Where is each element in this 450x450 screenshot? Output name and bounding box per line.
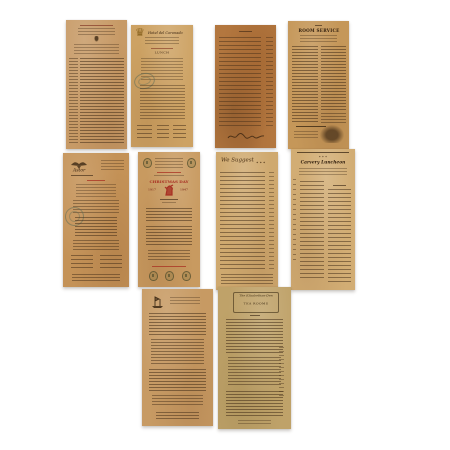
top-band-rule xyxy=(297,152,349,153)
list-header-rule xyxy=(239,31,252,32)
menu-sheet-astor: Astor xyxy=(63,153,129,287)
menu-block-lower xyxy=(226,391,283,417)
location-line xyxy=(154,175,184,177)
top-ornament-rule xyxy=(315,25,322,26)
carvery-title: Carvery Luncheon xyxy=(301,159,346,165)
left-menu-column xyxy=(292,46,318,122)
right-column-header-rule xyxy=(333,185,346,186)
intro-text-lines xyxy=(74,44,119,55)
menu-sheet-carvery: ✶ ✶ ✶ Carvery Luncheon xyxy=(291,149,355,290)
crest-icon-left xyxy=(143,158,152,168)
menu-sheet-coronado: ♛ Hotel del Coronado LUNCH xyxy=(131,25,193,147)
year-left: 1917 xyxy=(148,188,156,192)
hotel-name: Hotel del Coronado xyxy=(148,31,183,35)
astor-title: Astor xyxy=(73,168,85,173)
menu-sheet-copper-list xyxy=(215,25,276,148)
menu-block-2 xyxy=(151,339,204,365)
sketch-icon xyxy=(320,125,344,143)
menu-sheet-we-suggest: We Suggest ✶ ✶ ✶ xyxy=(216,152,278,290)
title-stars: ✶ ✶ ✶ xyxy=(256,161,265,165)
we-suggest-title: We Suggest xyxy=(221,157,254,163)
left-menu-column xyxy=(300,181,324,279)
header-rule xyxy=(80,25,113,26)
title-frame: The Elizabethan-Den TEA ROOMS xyxy=(233,292,279,313)
price-col-right xyxy=(100,255,122,271)
crown-icon: ♛ xyxy=(135,26,145,39)
christmas-title: CHRISTMAS DAY xyxy=(149,179,188,184)
room-service-title: ROOM SERVICE xyxy=(298,28,339,33)
footer-paragraph xyxy=(72,274,120,283)
vintage-menu-paper-photo: ♛ Hotel del Coronado LUNCH ROOM SERVICE xyxy=(0,0,450,450)
wine-table-col-1 xyxy=(137,125,152,141)
menu-block-middle xyxy=(228,357,281,387)
ornament-stars: ✶ ✶ ✶ xyxy=(319,155,328,158)
red-accent-line xyxy=(87,180,105,181)
course-block-1 xyxy=(146,208,192,222)
unit-title-lines xyxy=(155,158,183,168)
date-block xyxy=(101,160,124,170)
crest-icon xyxy=(94,36,99,42)
menu-text-lower xyxy=(140,85,185,121)
section-roasts xyxy=(73,240,119,252)
ship-icon xyxy=(150,294,165,309)
signature-script-icon xyxy=(227,131,265,141)
badge-icon-2 xyxy=(165,271,174,281)
footer-lines xyxy=(156,412,199,419)
wine-table-col-3 xyxy=(173,125,186,141)
item-lines xyxy=(219,37,261,129)
footer-paragraph xyxy=(221,274,273,285)
bill-of-fare-line xyxy=(162,202,176,204)
lion-icon xyxy=(164,185,174,196)
menu-sheet-banquet xyxy=(66,20,127,149)
badge-icon-1 xyxy=(149,271,158,281)
year-right: 1947 xyxy=(180,188,188,192)
astor-underline xyxy=(71,175,93,176)
header-text-lines xyxy=(78,28,115,35)
course-block-2 xyxy=(146,226,192,246)
title-script-lines xyxy=(170,297,200,306)
menu-sheet-harbour xyxy=(142,289,213,426)
price-column xyxy=(269,172,274,270)
menu-block-3 xyxy=(149,369,206,391)
tea-rooms-script-title: The Elizabethan-Den xyxy=(239,294,272,298)
right-menu-column xyxy=(321,46,346,110)
footer-lines xyxy=(294,131,318,139)
menu-body-lines xyxy=(80,58,124,144)
menu-sheet-tea-rooms: The Elizabethan-Den TEA ROOMS xyxy=(218,287,291,429)
fare-rule xyxy=(160,199,178,200)
price-col-left xyxy=(71,255,93,271)
menu-block-4 xyxy=(152,395,203,407)
price-column xyxy=(266,37,273,129)
menu-block-1 xyxy=(149,313,206,335)
sub-rule xyxy=(250,315,260,316)
course-label-column xyxy=(69,58,78,144)
right-column-extra xyxy=(321,113,346,123)
section-oysters xyxy=(76,184,116,197)
suggestion-list-lines xyxy=(220,172,265,270)
intro-lines xyxy=(299,168,347,176)
red-footer-line xyxy=(152,266,186,267)
lunch-heading: LUNCH xyxy=(155,51,170,55)
badge-icon-3 xyxy=(182,271,191,281)
crest-icon-right xyxy=(187,158,196,168)
menu-sheet-room-service: ROOM SERVICE xyxy=(288,21,349,149)
menu-block-upper xyxy=(226,319,283,353)
tea-rooms-title: TEA ROOMS xyxy=(244,302,269,306)
footer-lines xyxy=(238,420,271,425)
section-entrees xyxy=(75,217,117,237)
course-block-3 xyxy=(148,250,190,262)
vertical-letter-column xyxy=(293,179,296,261)
wine-table-col-2 xyxy=(157,125,169,141)
right-menu-column xyxy=(328,189,351,285)
divider-rule xyxy=(151,48,173,49)
subtitle-lines xyxy=(300,35,337,43)
address-lines xyxy=(145,37,179,45)
menu-sheet-christmas: CHRISTMAS DAY 1917 1947 xyxy=(138,152,200,287)
red-rule xyxy=(157,172,181,173)
